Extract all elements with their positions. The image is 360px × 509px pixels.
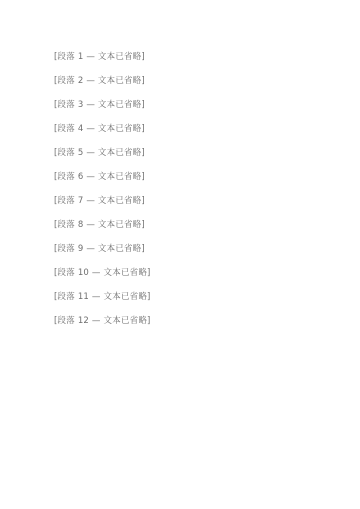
paragraph: [段落 4 — 文本已省略] <box>54 120 312 139</box>
reading-page: [段落 1 — 文本已省略] [段落 2 — 文本已省略] [段落 3 — 文本… <box>0 0 360 509</box>
paragraph: [段落 12 — 文本已省略] <box>54 312 312 331</box>
paragraph: [段落 1 — 文本已省略] <box>54 48 312 67</box>
paragraph: [段落 11 — 文本已省略] <box>54 288 312 307</box>
paragraph: [段落 7 — 文本已省略] <box>54 192 312 211</box>
paragraph: [段落 2 — 文本已省略] <box>54 72 312 91</box>
paragraph: [段落 9 — 文本已省略] <box>54 240 312 259</box>
paragraph: [段落 8 — 文本已省略] <box>54 216 312 235</box>
paragraph: [段落 3 — 文本已省略] <box>54 96 312 115</box>
paragraph: [段落 6 — 文本已省略] <box>54 168 312 187</box>
paragraph: [段落 10 — 文本已省略] <box>54 264 312 283</box>
article-body: [段落 1 — 文本已省略] [段落 2 — 文本已省略] [段落 3 — 文本… <box>54 48 312 336</box>
paragraph: [段落 5 — 文本已省略] <box>54 144 312 163</box>
